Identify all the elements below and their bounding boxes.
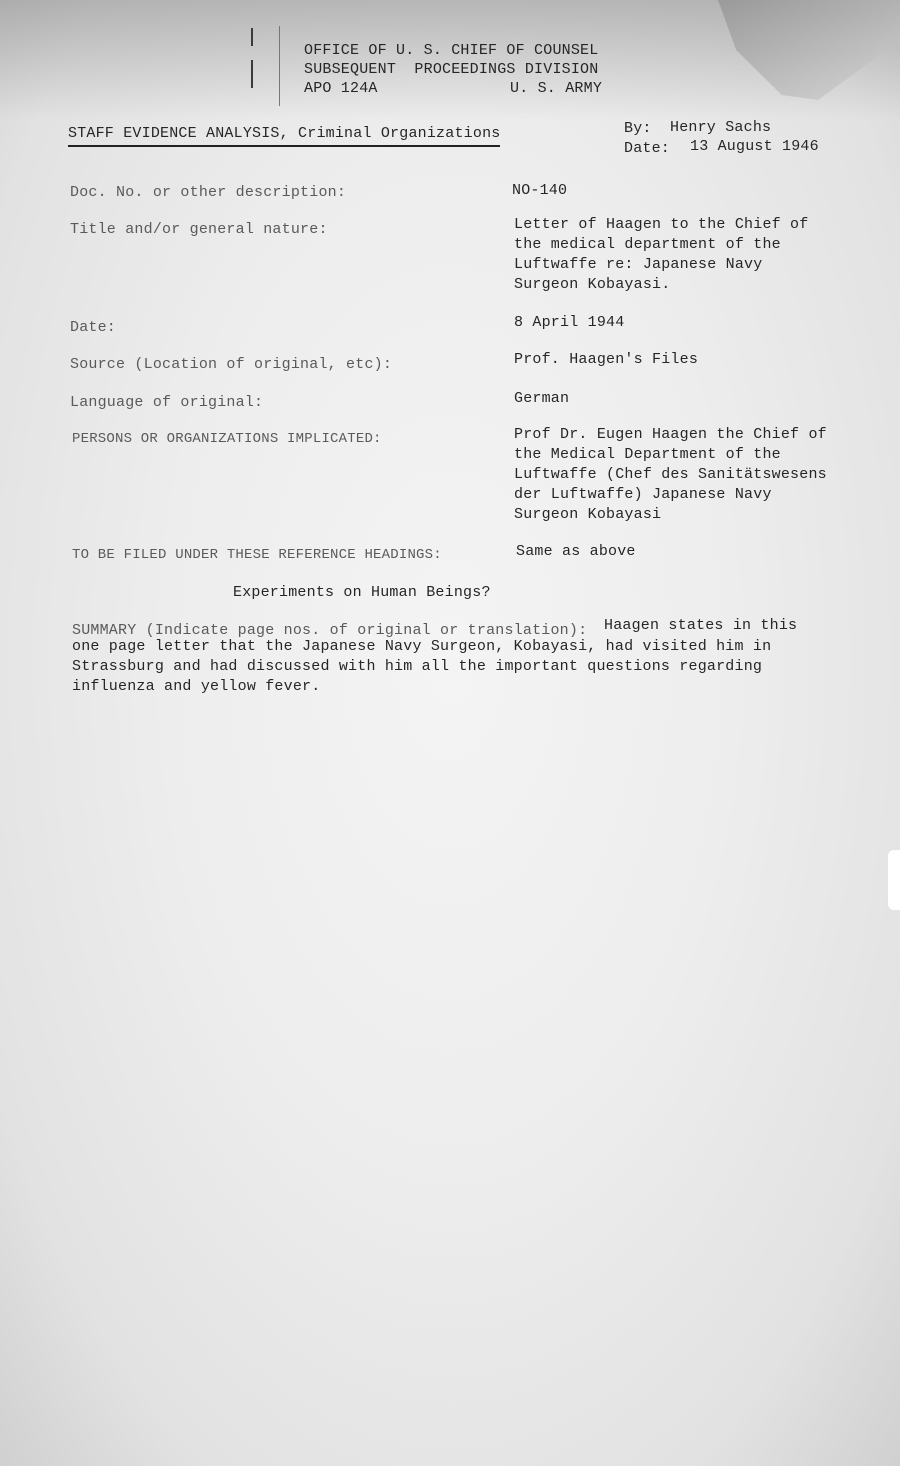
letterhead-line-2: SUBSEQUENT PROCEEDINGS DIVISION (304, 60, 598, 80)
date-label: Date: (70, 318, 116, 338)
date-header-value: 13 August 1946 (690, 137, 819, 157)
headings-label: TO BE FILED UNDER THESE REFERENCE HEADIN… (72, 545, 442, 565)
doc-no-value: NO-140 (512, 181, 567, 201)
source-label: Source (Location of original, etc): (70, 355, 392, 375)
letterhead-apo: APO 124A (304, 79, 378, 99)
scanned-page: OFFICE OF U. S. CHIEF OF COUNSEL SUBSEQU… (0, 0, 900, 1466)
binder-mark (251, 28, 253, 46)
date-header-label: Date: (624, 139, 670, 159)
binder-mark (251, 60, 253, 88)
language-label: Language of original: (70, 393, 263, 413)
title-value: Letter of Haagen to the Chief of the med… (514, 215, 808, 295)
summary-text: one page letter that the Japanese Navy S… (72, 637, 771, 697)
title-label: Title and/or general nature: (70, 220, 328, 240)
persons-value: Prof Dr. Eugen Haagen the Chief of the M… (514, 425, 827, 525)
by-value: Henry Sachs (670, 118, 771, 138)
heading-note: Experiments on Human Beings? (233, 583, 491, 603)
letterhead-line-1: OFFICE OF U. S. CHIEF OF COUNSEL (304, 41, 598, 61)
by-label: By: (624, 119, 652, 139)
date-value: 8 April 1944 (514, 313, 624, 333)
persons-label: PERSONS OR ORGANIZATIONS IMPLICATED: (72, 429, 382, 449)
language-value: German (514, 389, 569, 409)
page-tear (888, 850, 900, 910)
letterhead-army: U. S. ARMY (510, 79, 602, 99)
binder-mark (279, 26, 280, 106)
summary-first-line: Haagen states in this (604, 616, 797, 636)
analysis-title: STAFF EVIDENCE ANALYSIS, Criminal Organi… (68, 124, 500, 147)
headings-value: Same as above (516, 542, 636, 562)
source-value: Prof. Haagen's Files (514, 350, 698, 370)
doc-no-label: Doc. No. or other description: (70, 183, 346, 203)
